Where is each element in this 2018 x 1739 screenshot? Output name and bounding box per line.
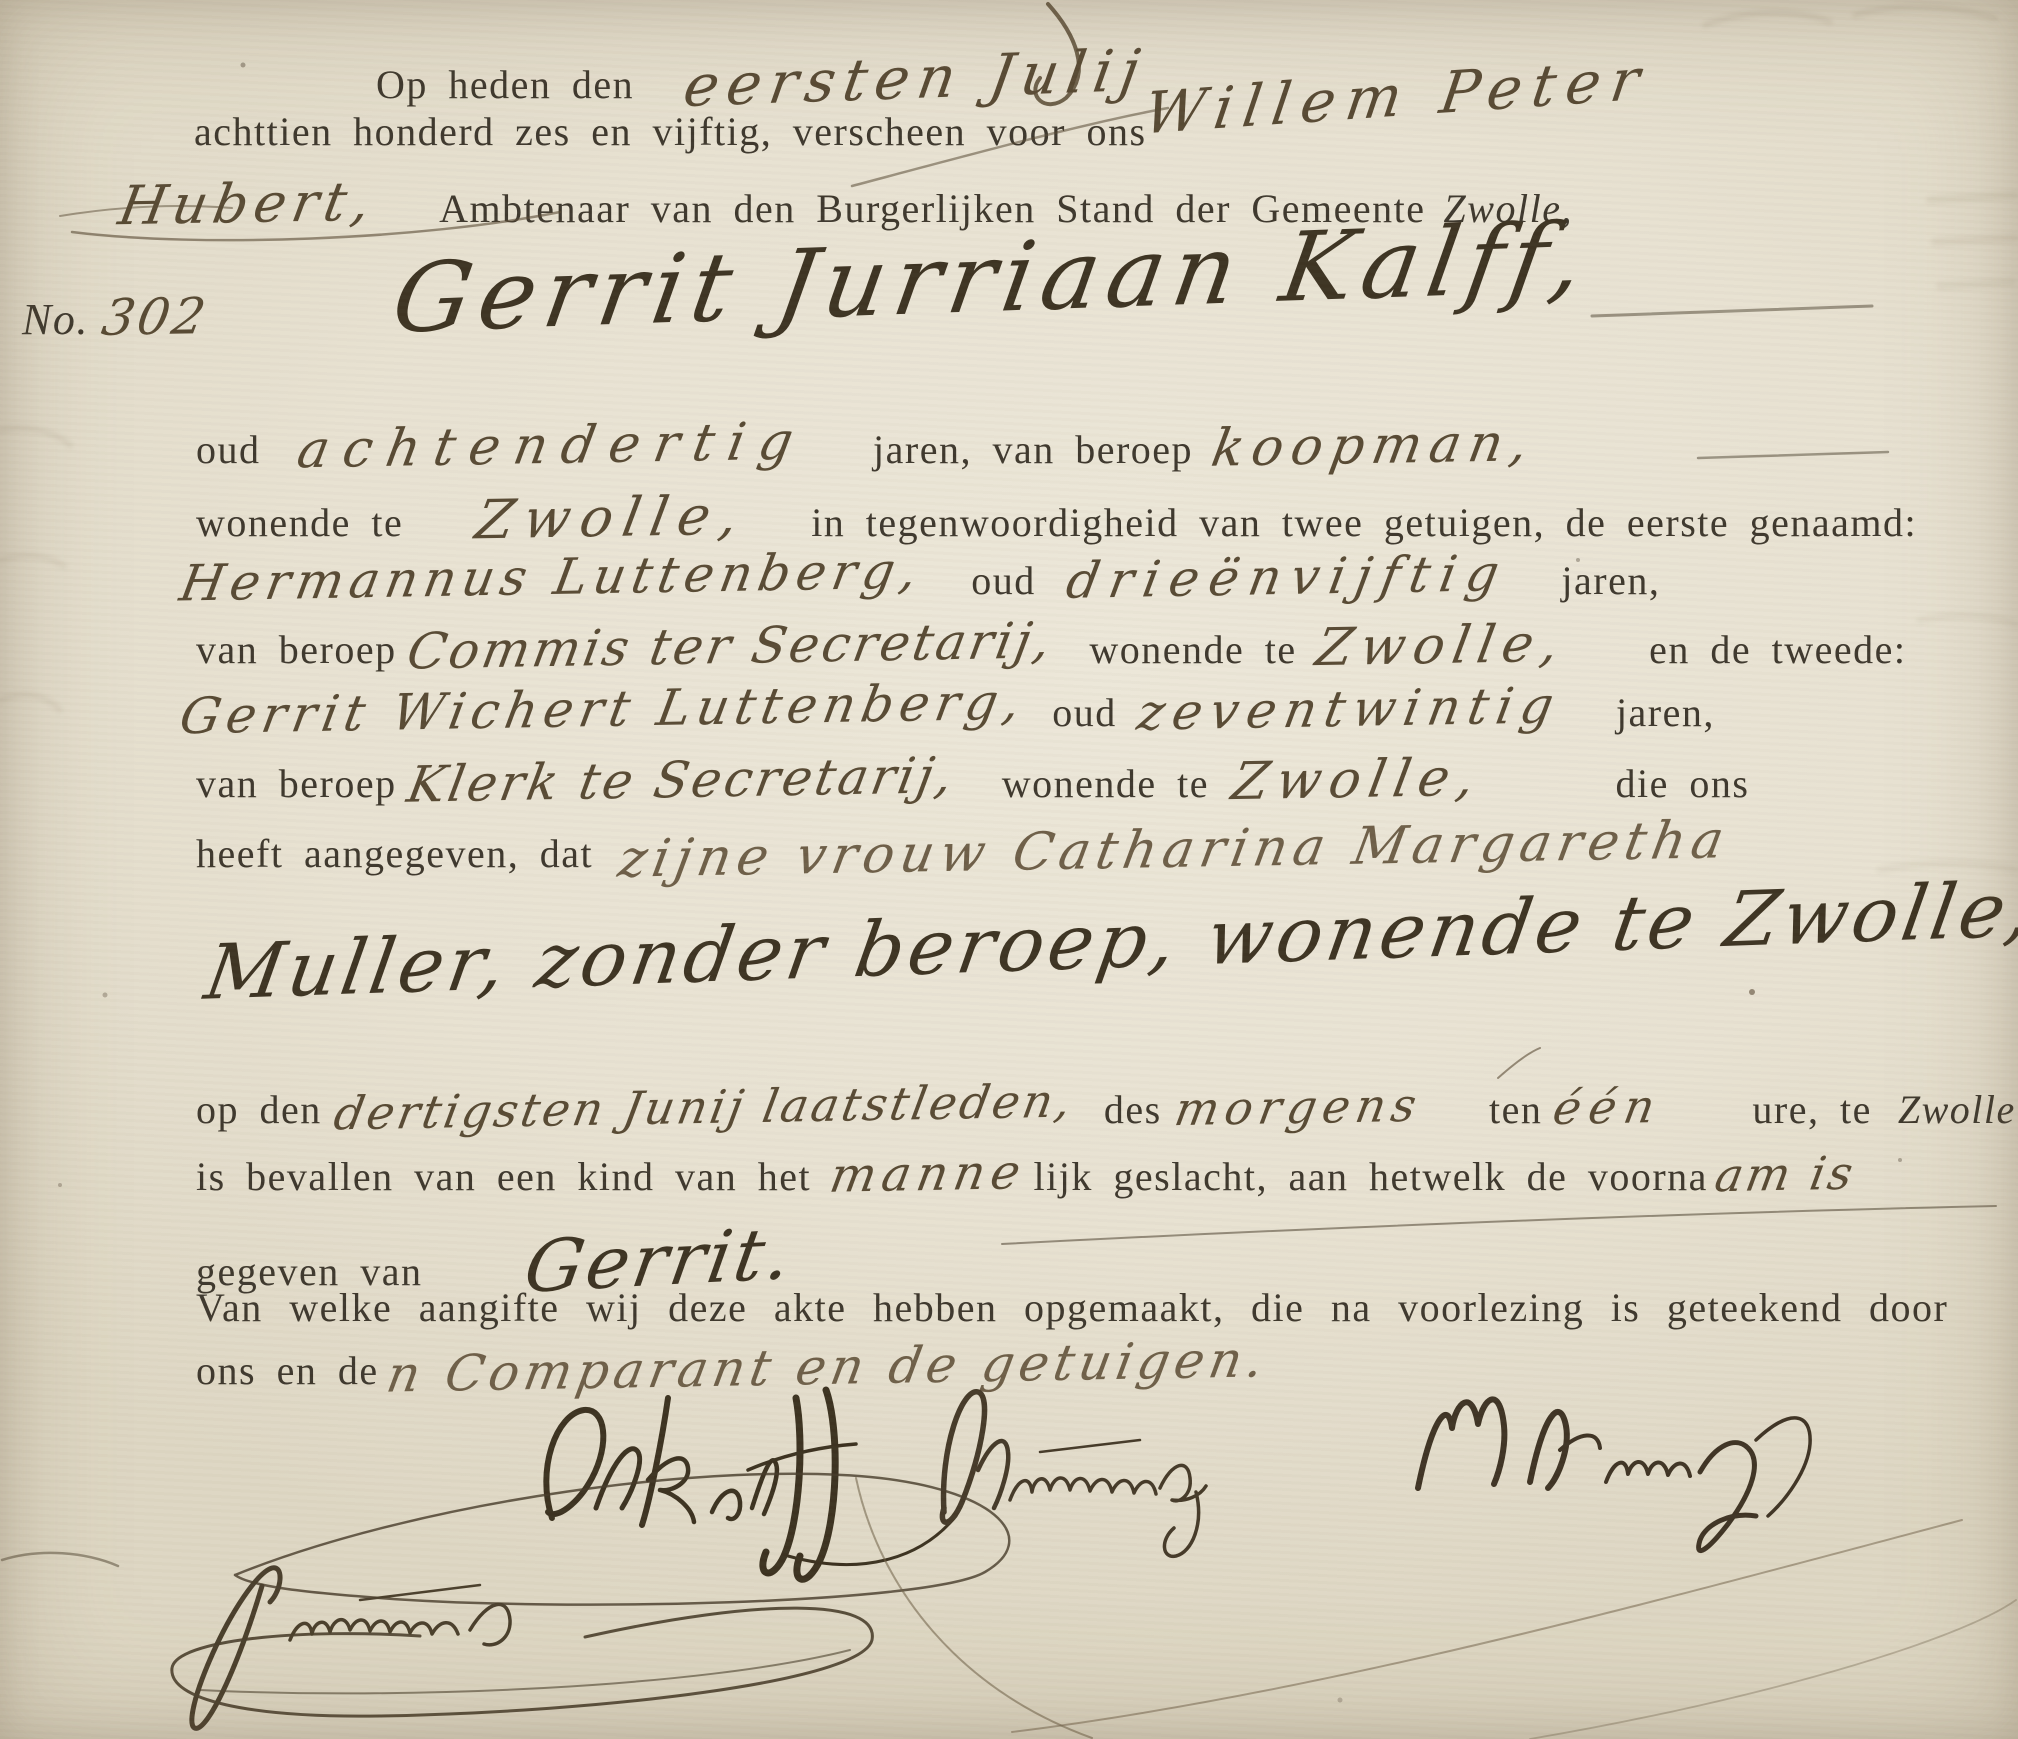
act-number-value: 302	[98, 287, 213, 347]
printed-lijk-geslacht: lijk geslacht, aan hetwelk de voorna	[1034, 1154, 1708, 1199]
act-number-label: No.	[22, 295, 89, 344]
written-witness2-residence: Zwolle,	[1227, 748, 1487, 812]
line-registrar-firstnames: Willem Peter	[1148, 62, 1646, 130]
signature-luttenberg-h	[235, 1392, 1206, 1605]
line-year-verscheen: achttien honderd zes en vijftig, versche…	[194, 108, 1147, 155]
line-date-day: Op heden den eersten Julij	[376, 44, 1145, 112]
written-mother-surname-line: Muller, zonder beroep, wonende te Zwolle…	[199, 864, 2018, 1017]
signature-luttenberg-gw	[2, 1553, 872, 1728]
printed-birthplace: Zwolle	[1898, 1087, 2016, 1132]
written-witness1-age: drieënvijftig	[1062, 544, 1513, 610]
printed-oud-w2: oud	[1052, 690, 1117, 735]
line-mother-surname: Muller, zonder beroep, wonende te Zwolle…	[212, 896, 2018, 985]
written-comparant-getuigen: n Comparant en de getuigen.	[382, 1330, 1272, 1403]
line-closing-1: Van welke aangifte wij deze akte hebben …	[196, 1284, 1948, 1331]
printed-jaren-beroep: jaren, van beroep	[873, 427, 1193, 472]
line-declarant-age: oud achtendertig jaren, van beroep koopm…	[196, 416, 1535, 476]
rule-after-profession	[1698, 452, 1888, 458]
flourish-een-accent	[1498, 1048, 1540, 1078]
line-closing-2: ons en de n Comparant en de getuigen.	[196, 1338, 1266, 1396]
written-witness1-residence: Zwolle,	[1311, 614, 1571, 678]
printed-en-de-tweede: en de tweede:	[1649, 627, 1906, 672]
line-declarant-name: Gerrit Jurriaan Kalff,	[398, 222, 1587, 334]
written-witness2-age: zeventwintig	[1133, 676, 1566, 741]
written-registrar-surname: Hubert,	[114, 170, 381, 237]
printed-ure-te: ure, te	[1752, 1087, 1871, 1132]
sweep-center-down	[856, 1478, 1092, 1738]
signature-hubert	[1418, 1399, 1810, 1550]
written-residence: Zwolle,	[471, 484, 753, 552]
signature-kalff	[546, 1390, 956, 1579]
printed-die-ons: die ons	[1616, 761, 1750, 806]
written-profession: koopman,	[1207, 413, 1540, 479]
printed-wonende-te-w1: wonende te	[1089, 627, 1296, 672]
printed-getuigen: in tegenwoordigheid van twee getuigen, d…	[811, 500, 1917, 545]
written-witness1-profession: Commis ter Secretarij,	[402, 611, 1057, 680]
printed-wonende-te-w2: wonende te	[1002, 761, 1209, 806]
rule-after-declarant-name	[1592, 306, 1872, 316]
birth-certificate-document: Op heden den eersten Julij achttien hond…	[0, 0, 2018, 1739]
written-daypart: morgens	[1171, 1078, 1427, 1136]
printed-op-den: op den	[196, 1087, 322, 1132]
written-declarant-name: Gerrit Jurriaan Kalff,	[385, 201, 1599, 354]
ink-dot-after-muller	[1749, 989, 1755, 995]
written-voornaam-completion: am is	[1711, 1146, 1860, 1202]
line-child-sex: is bevallen van een kind van het manne l…	[196, 1146, 1855, 1202]
line-birth-datetime: op den dertigsten Junij laatstleden, des…	[196, 1080, 2016, 1134]
line-mother-intro: heeft aangegeven, dat zijne vrouw Cathar…	[196, 820, 1727, 880]
sweep-corner	[1530, 1600, 2016, 1739]
sweep-bottom-right	[1012, 1520, 1962, 1732]
printed-year-line: achttien honderd zes en vijftig, versche…	[194, 109, 1147, 154]
written-registrar-firstnames: Willem Peter	[1140, 45, 1654, 148]
act-number: No. 302	[22, 288, 207, 346]
rule-after-child-name	[1002, 1206, 1996, 1244]
pen-sweeps	[856, 1478, 2016, 1739]
written-witness2-name: Gerrit Wichert Luttenberg,	[176, 673, 1031, 746]
printed-ons-en-de: ons en de	[196, 1348, 379, 1393]
written-hour: één	[1549, 1079, 1667, 1135]
printed-oud: oud	[196, 427, 261, 472]
printed-is-bevallen: is bevallen van een kind van het	[196, 1154, 811, 1199]
line-witness2-profession: van beroep Klerk te Secretarij, wonende …	[196, 750, 1749, 810]
printed-oud-w1: oud	[971, 558, 1036, 603]
printed-ten: ten	[1489, 1087, 1542, 1132]
printed-van-beroep-w1: van beroep	[196, 627, 397, 672]
written-mother-names: zijne vrouw Catharina Margaretha	[614, 810, 1734, 889]
written-witness2-profession: Klerk te Secretarij,	[403, 746, 960, 814]
printed-des: des	[1104, 1087, 1162, 1132]
line-residence-witnesses: wonende te Zwolle, in tegenwoordigheid v…	[196, 486, 1917, 549]
printed-jaren-w1: jaren,	[1561, 558, 1660, 603]
printed-van-welke-aangifte: Van welke aangifte wij deze akte hebben …	[196, 1285, 1948, 1330]
written-birth-date: dertigsten Junij laatstleden,	[330, 1074, 1078, 1141]
printed-jaren-w2: jaren,	[1616, 690, 1715, 735]
line-witness1: Hermannus Luttenberg, oud drieënvijftig …	[182, 548, 1660, 606]
printed-op-heden-den: Op heden den	[376, 62, 634, 107]
written-age: achtendertig	[292, 412, 811, 481]
written-sex-prefix: manne	[826, 1144, 1031, 1203]
printed-van-beroep-w2: van beroep	[196, 761, 397, 806]
line-witness2: Gerrit Wichert Luttenberg, oud zeventwin…	[182, 680, 1715, 738]
line-witness1-profession: van beroep Commis ter Secretarij, wonend…	[196, 616, 1907, 676]
printed-heeft-aangegeven: heeft aangegeven, dat	[196, 831, 593, 876]
written-witness1-name: Hermannus Luttenberg,	[176, 542, 928, 613]
printed-wonende-te: wonende te	[196, 500, 403, 545]
